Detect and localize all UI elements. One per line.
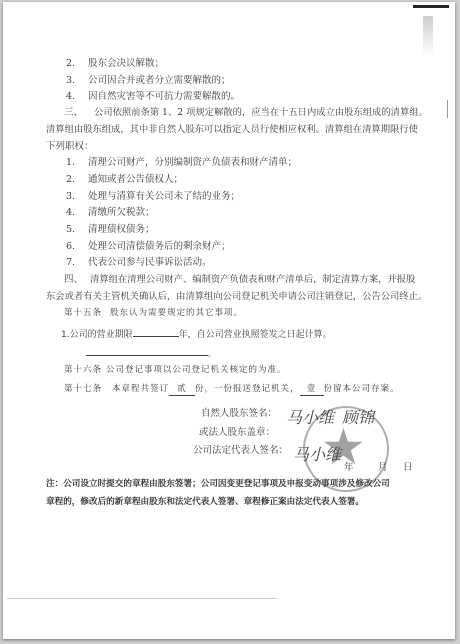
- date-month: 月: [378, 462, 388, 474]
- term-suffix: 年，自公司营业执照签发之日起计算。: [179, 330, 332, 340]
- article-title: 第十五条: [64, 308, 102, 318]
- extra-blank-line: 。: [86, 345, 215, 360]
- item-number: 3.: [66, 75, 88, 87]
- paragraph-number: 三、: [64, 107, 94, 119]
- article-text: 股东认为需要规定的其它事项。: [110, 308, 243, 318]
- paragraph-line: 下列职权：: [46, 141, 94, 153]
- item-number: 5.: [66, 224, 88, 236]
- date-year: 年: [344, 462, 354, 474]
- note-line: 章程的，修改后的新章程由股东和法定代表人签署、章程修正案由法定代表人签署。: [46, 496, 364, 508]
- date-day: 日: [403, 462, 413, 474]
- legal-rep-signature-label: 公司法定代表人签名：: [193, 445, 288, 457]
- item-number: 7.: [66, 257, 88, 269]
- item-text: 清理公司财产，分别编制资产负债表和财产清单；: [88, 157, 297, 168]
- list-item: 3.处理与清算有关公司未了结的业务；: [66, 191, 240, 203]
- list-item: 7.代表公司参与民事诉讼活动。: [66, 257, 212, 269]
- list-item: 3.公司因合并或者分立需要解散的；: [66, 75, 231, 87]
- document-page: 2.股东会决议解散； 3.公司因合并或者分立需要解散的； 4.因自然灾害等不可抗…: [3, 2, 455, 639]
- item-text: 处理与清算有关公司未了结的业务；: [88, 191, 240, 202]
- article-text: 份留本公司存案。: [324, 384, 400, 394]
- signature-2: 顾锦: [342, 405, 374, 428]
- blank-line-end: 。: [208, 350, 215, 358]
- item-text: 处理公司清偿债务后的剩余财产；: [88, 241, 231, 252]
- item-text: 股东会决议解散；: [88, 58, 164, 69]
- article-text: 公司登记事项以公司登记机关核定的为准。: [106, 365, 287, 375]
- paragraph-line: 四、清算组在清理公司财产、编制资产负债表和财产清单后，制定清算方案，并报股: [64, 274, 415, 286]
- term-prefix: 1.公司的营业期限: [61, 330, 133, 340]
- legal-person-seal-label: 或法人股东盖章：: [199, 427, 275, 439]
- article-text: 份，一份报送登记机关，: [195, 384, 300, 394]
- item-text: 清缴所欠税款；: [88, 207, 155, 218]
- extra-blank[interactable]: [86, 345, 208, 356]
- article-15: 第十五条股东认为需要规定的其它事项。: [64, 307, 243, 319]
- list-item: 5.清理债权债务；: [66, 224, 155, 236]
- signature-3: 马小维: [293, 442, 341, 465]
- list-item: 4.因自然灾害等不可抗力需要解散的。: [66, 91, 240, 103]
- paragraph-number: 四、: [64, 274, 90, 286]
- term-line: 1.公司的营业期限年，自公司营业执照签发之日起计算。: [61, 326, 332, 341]
- list-item: 2.通知或者公告债权人；: [66, 174, 183, 186]
- scan-artifact: [413, 5, 449, 8]
- note-line: 注：公司设立时提交的章程由股东签署；公司因变更登记事项及申报变动事项涉及修改公司: [46, 478, 390, 490]
- scan-artifact: [447, 100, 448, 118]
- paragraph-text: 清算组在清理公司财产、编制资产负债表和财产清单后，制定清算方案，并报股: [90, 274, 415, 285]
- item-number: 6.: [66, 241, 88, 253]
- item-number: 4.: [66, 207, 88, 219]
- paragraph-line: 清算组由股东组成，其中非自然人股东可以指定人员行使相应权利。清算组在清算期限行使: [46, 124, 418, 136]
- list-item: 6.处理公司清偿债务后的剩余财产；: [66, 241, 231, 253]
- paragraph-line: 三、公司依照前条第 1、2 项规定解散的，应当在十五日内成立由股东组成的清算组。: [64, 107, 428, 119]
- item-number: 4.: [66, 91, 88, 103]
- paragraph-line: 东会或者有关主管机关确认后，由清算组向公司登记机关申请公司注销登记，公告公司终止…: [46, 291, 427, 303]
- item-number: 2.: [66, 58, 88, 70]
- scan-artifact: [7, 598, 277, 599]
- item-number: 2.: [66, 174, 88, 186]
- term-years-blank[interactable]: [133, 326, 179, 337]
- article-text: 本章程共签订: [112, 384, 169, 394]
- copies-kept: 壹: [300, 383, 324, 396]
- article-17: 第十七条本章程共签订贰份，一份报送登记机关，壹份留本公司存案。: [64, 383, 400, 396]
- item-number: 1.: [66, 157, 88, 169]
- article-title: 第十六条: [64, 365, 102, 375]
- item-text: 代表公司参与民事诉讼活动。: [88, 257, 212, 268]
- item-number: 3.: [66, 191, 88, 203]
- natural-person-signature-label: 自然人股东签名：: [201, 408, 277, 420]
- item-text: 通知或者公告债权人；: [88, 174, 183, 185]
- copies-total: 贰: [169, 383, 195, 396]
- paragraph-text: 公司依照前条第 1、2 项规定解散的，应当在十五日内成立由股东组成的清算组。: [94, 107, 428, 118]
- list-item: 2.股东会决议解散；: [66, 58, 164, 70]
- item-text: 因自然灾害等不可抗力需要解散的。: [88, 91, 240, 102]
- item-text: 清理债权债务；: [88, 224, 155, 235]
- scan-artifact: [423, 16, 433, 56]
- list-item: 1.清理公司财产，分别编制资产负债表和财产清单；: [66, 157, 297, 169]
- article-title: 第十七条: [64, 384, 102, 394]
- item-text: 公司因合并或者分立需要解散的；: [88, 75, 231, 86]
- article-16: 第十六条公司登记事项以公司登记机关核定的为准。: [64, 364, 287, 376]
- signature-1: 马小维: [286, 405, 334, 428]
- list-item: 4.清缴所欠税款；: [66, 207, 155, 219]
